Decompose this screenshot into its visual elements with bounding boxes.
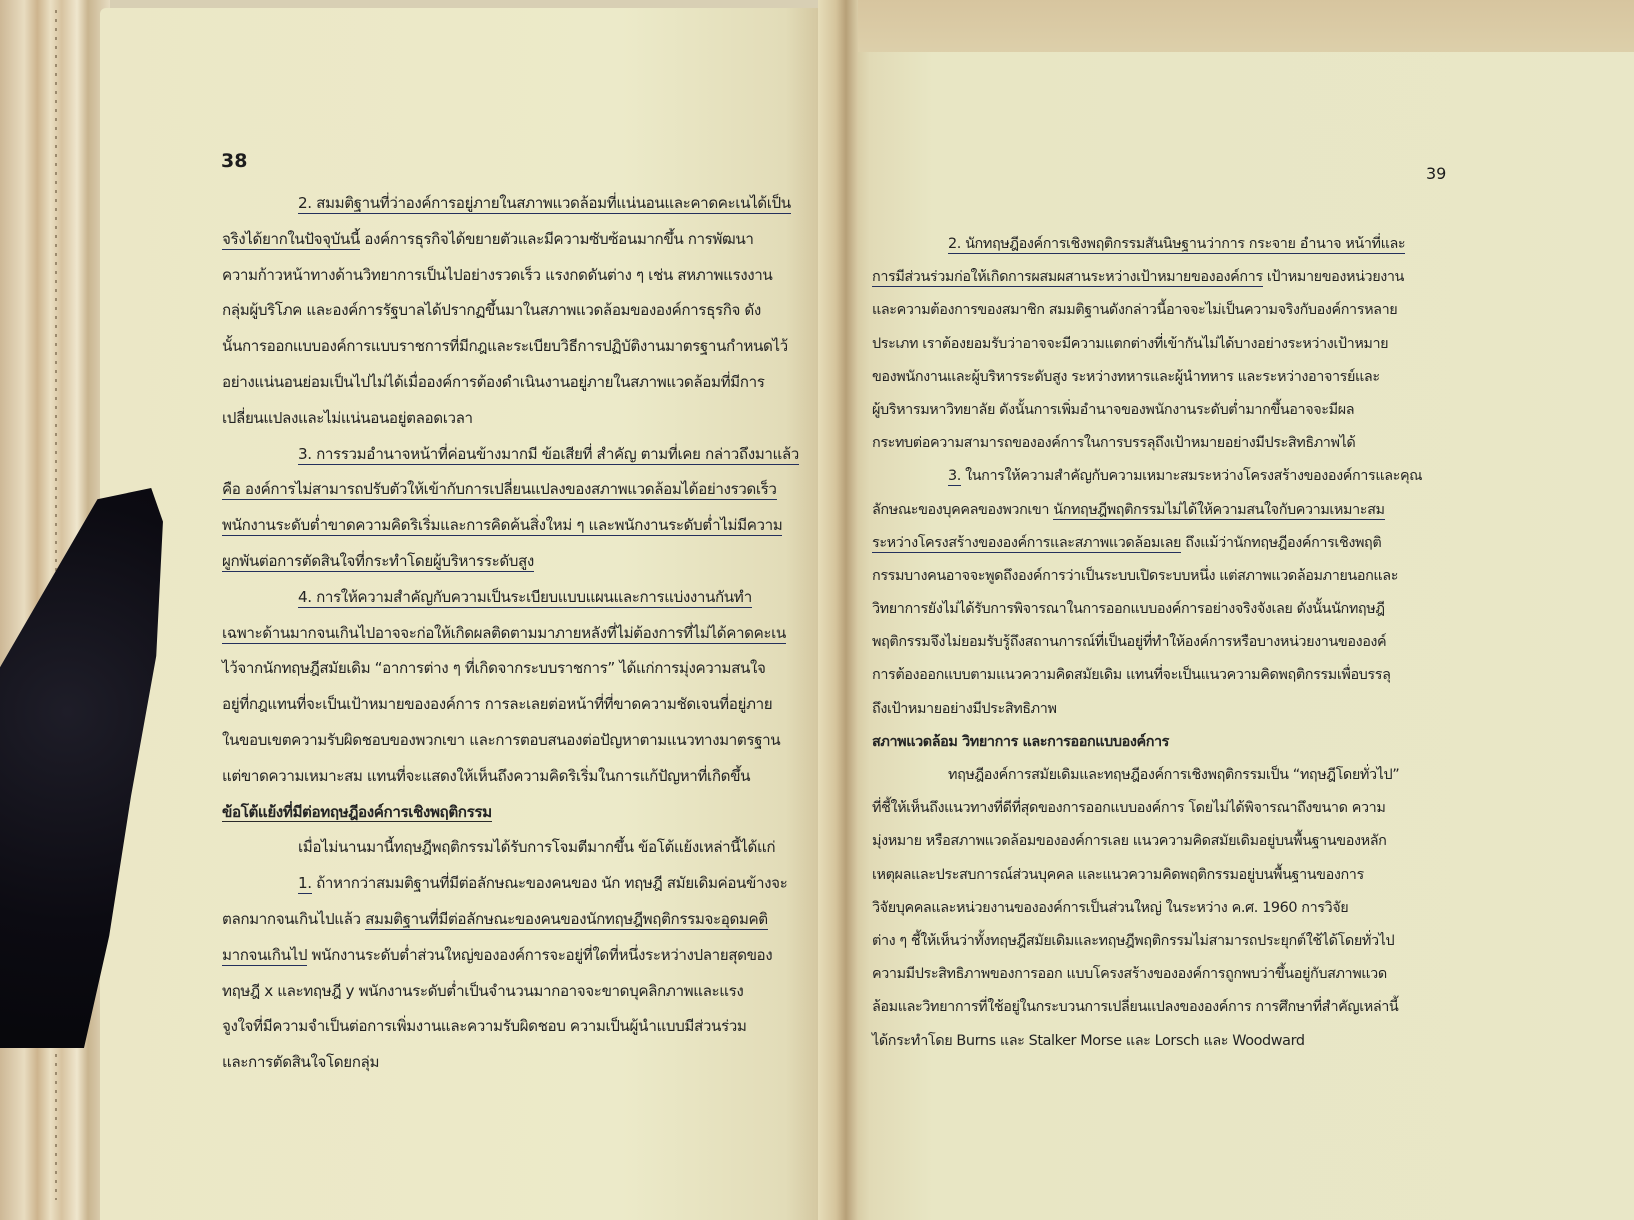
- body-text: องค์การธุรกิจได้ขยายตัวและมีความซับซ้อนม…: [360, 230, 754, 248]
- body-text: ประเภท เราต้องยอมรับว่าอาจจะมีความแตกต่า…: [872, 336, 1388, 352]
- text-line: และการตัดสินใจโดยกลุ่ม: [222, 1045, 818, 1081]
- body-text: แต่ขาดความเหมาะสม แทนที่จะแสดงให้เห็นถึง…: [222, 767, 750, 785]
- page-number-left: 38: [221, 150, 247, 172]
- text-line: 4. การให้ความสำคัญกับความเป็นระเบียบแบบแ…: [222, 580, 818, 616]
- body-text: การต้องออกแบบตามแนวความคิดสมัยเดิม แทนที…: [872, 667, 1391, 683]
- underlined-text: นักทฤษฎีพฤติกรรมไม่ได้ให้ความสนใจกับความ…: [1053, 502, 1384, 520]
- right-page-top-shadow: [838, 0, 1634, 55]
- body-text: และความต้องการของสมาชิก สมมติฐานดังกล่าว…: [872, 302, 1397, 318]
- text-line: เปลี่ยนแปลงและไม่แน่นอนอยู่ตลอดเวลา: [222, 401, 818, 437]
- body-text: นั้นการออกแบบองค์การแบบราชการที่มีกฎและร…: [222, 337, 788, 355]
- text-line: ต่าง ๆ ชี้ให้เห็นว่าทั้งทฤษฎีสมัยเดิมและ…: [872, 925, 1468, 958]
- body-text: พนักงานระดับต่ำส่วนใหญ่ขององค์การจะอยู่ท…: [307, 946, 772, 964]
- text-line: ความก้าวหน้าทางด้านวิทยาการเป็นไปอย่างรว…: [222, 258, 818, 294]
- body-text: ในขอบเขตความรับผิดชอบของพวกเขา และการตอบ…: [222, 731, 780, 749]
- right-page-text: 2. นักทฤษฎีองค์การเชิงพฤติกรรมสันนิษฐานว…: [872, 228, 1468, 1058]
- body-text: ลักษณะของบุคคลของพวกเขา: [872, 502, 1053, 518]
- text-line: พนักงานระดับต่ำขาดความคิดริเริ่มและการคิ…: [222, 508, 818, 544]
- text-line: เฉพาะด้านมากจนเกินไปอาจจะก่อให้เกิดผลติด…: [222, 616, 818, 652]
- body-text: ของพนักงานและผู้บริหารระดับสูง ระหว่างทห…: [872, 369, 1380, 385]
- underlined-text: สมมติฐานที่มีต่อลักษณะของคนของนักทฤษฎีพฤ…: [365, 910, 768, 930]
- book-spread: 38 39 2. สมมติฐานที่ว่าองค์การอยู่ภายในส…: [0, 0, 1634, 1220]
- body-text: ล้อมและวิทยาการที่ใช้อยู่ในกระบวนการเปลี…: [872, 999, 1398, 1015]
- underlined-text: เฉพาะด้านมากจนเกินไปอาจจะก่อให้เกิดผลติด…: [222, 624, 786, 644]
- text-line: กระทบต่อความสามารถขององค์การในการบรรลุถึ…: [872, 427, 1468, 460]
- book-gutter: [818, 0, 858, 1220]
- text-line: พฤติกรรมจึงไม่ยอมรับรู้ถึงสถานการณ์ที่เป…: [872, 626, 1468, 659]
- underlined-text: 2. สมมติฐานที่ว่าองค์การอยู่ภายในสภาพแวด…: [298, 194, 791, 214]
- text-line: มุ่งหมาย หรือสภาพแวดล้อมขององค์การเลย แน…: [872, 825, 1468, 858]
- text-line: ในขอบเขตความรับผิดชอบของพวกเขา และการตอบ…: [222, 723, 818, 759]
- underlined-text: 4. การให้ความสำคัญกับความเป็นระเบียบแบบแ…: [298, 588, 752, 608]
- text-line: จูงใจที่มีความจำเป็นต่อการเพิ่มงานและควา…: [222, 1009, 818, 1045]
- text-line: ไว้จากนักทฤษฎีสมัยเดิม “อาการต่าง ๆ ที่เ…: [222, 651, 818, 687]
- body-text: อย่างแน่นอนย่อมเป็นไปไม่ได้เมื่อองค์การต…: [222, 373, 764, 391]
- text-line: นั้นการออกแบบองค์การแบบราชการที่มีกฎและร…: [222, 329, 818, 365]
- text-line: ได้กระทำโดย Burns และ Stalker Morse และ …: [872, 1025, 1468, 1058]
- body-text: อยู่ที่กฎแทนที่จะเป็นเป้าหมายขององค์การ …: [222, 695, 772, 713]
- body-text: ไว้จากนักทฤษฎีสมัยเดิม “อาการต่าง ๆ ที่เ…: [222, 659, 766, 677]
- text-line: ถึงเป้าหมายอย่างมีประสิทธิภาพ: [872, 693, 1468, 726]
- body-text: ความก้าวหน้าทางด้านวิทยาการเป็นไปอย่างรว…: [222, 266, 772, 284]
- body-text: กรรมบางคนอาจจะพูดถึงองค์การว่าเป็นระบบเป…: [872, 568, 1398, 584]
- text-line: เมื่อไม่นานมานี้ทฤษฎีพฤติกรรมได้รับการโจ…: [222, 830, 818, 866]
- underlined-text: จริงได้ยากในปัจจุบันนี้: [222, 230, 360, 250]
- body-text: เป้าหมายของหน่วยงาน: [1263, 269, 1404, 285]
- page-number-right: 39: [1426, 164, 1446, 183]
- text-line: วิจัยบุคคลและหน่วยงานขององค์การเป็นส่วนใ…: [872, 892, 1468, 925]
- underlined-text: 3.: [948, 468, 961, 486]
- body-text: วิจัยบุคคลและหน่วยงานขององค์การเป็นส่วนใ…: [872, 900, 1348, 916]
- text-line: กลุ่มผู้บริโภค และองค์การรัฐบาลได้ปรากฏข…: [222, 293, 818, 329]
- text-line: และความต้องการของสมาชิก สมมติฐานดังกล่าว…: [872, 294, 1468, 327]
- underlined-text: 3. การรวมอำนาจหน้าที่ค่อนข้างมากมี ข้อเส…: [298, 445, 799, 465]
- text-line: ประเภท เราต้องยอมรับว่าอาจจะมีความแตกต่า…: [872, 328, 1468, 361]
- body-text: วิทยาการยังไม่ได้รับการพิจารณาในการออกแบ…: [872, 601, 1385, 617]
- body-text: จูงใจที่มีความจำเป็นต่อการเพิ่มงานและควา…: [222, 1017, 746, 1035]
- text-line: ตลกมากจนเกินไปแล้ว สมมติฐานที่มีต่อลักษณ…: [222, 902, 818, 938]
- text-line: การมีส่วนร่วมก่อให้เกิดการผสมผสานระหว่าง…: [872, 261, 1468, 294]
- text-line: อย่างแน่นอนย่อมเป็นไปไม่ได้เมื่อองค์การต…: [222, 365, 818, 401]
- body-text: ต่าง ๆ ชี้ให้เห็นว่าทั้งทฤษฎีสมัยเดิมและ…: [872, 933, 1394, 949]
- body-text: มุ่งหมาย หรือสภาพแวดล้อมขององค์การเลย แน…: [872, 833, 1386, 849]
- text-line: ผูกพันต่อการตัดสินใจที่กระทำโดยผู้บริหาร…: [222, 544, 818, 580]
- body-text: ถึงแม้ว่านักทฤษฎีองค์การเชิงพฤติ: [1181, 535, 1381, 551]
- body-text: ที่ชี้ให้เห็นถึงแนวทางที่ดีที่สุดของการอ…: [872, 800, 1385, 816]
- text-line: มากจนเกินไป พนักงานระดับต่ำส่วนใหญ่ขององ…: [222, 938, 818, 974]
- body-text: ถ้าหากว่าสมมติฐานที่มีต่อลักษณะของคนของ …: [312, 874, 788, 892]
- section-heading: สภาพแวดล้อม วิทยาการ และการออกแบบองค์การ: [872, 734, 1169, 750]
- body-text: ได้กระทำโดย Burns และ Stalker Morse และ …: [872, 1033, 1305, 1049]
- text-line: กรรมบางคนอาจจะพูดถึงองค์การว่าเป็นระบบเป…: [872, 560, 1468, 593]
- left-page-text: 2. สมมติฐานที่ว่าองค์การอยู่ภายในสภาพแวด…: [222, 186, 818, 1081]
- body-text: ในการให้ความสำคัญกับความเหมาะสมระหว่างโค…: [961, 468, 1422, 484]
- body-text: ทฤษฎี x และทฤษฎี y พนักงานระดับต่ำเป็นจำ…: [222, 982, 743, 1000]
- body-text: ผู้บริหารมหาวิทยาลัย ดังนั้นการเพิ่มอำนา…: [872, 402, 1354, 418]
- underlined-text: คือ องค์การไม่สามารถปรับตัวให้เข้ากับการ…: [222, 480, 777, 500]
- body-text: กระทบต่อความสามารถขององค์การในการบรรลุถึ…: [872, 435, 1355, 451]
- text-line: 3. การรวมอำนาจหน้าที่ค่อนข้างมากมี ข้อเส…: [222, 437, 818, 473]
- underlined-text: 2. นักทฤษฎีองค์การเชิงพฤติกรรมสันนิษฐานว…: [948, 236, 1405, 254]
- text-line: 2. สมมติฐานที่ว่าองค์การอยู่ภายในสภาพแวด…: [222, 186, 818, 222]
- text-line: ทฤษฎี x และทฤษฎี y พนักงานระดับต่ำเป็นจำ…: [222, 974, 818, 1010]
- text-line: จริงได้ยากในปัจจุบันนี้ องค์การธุรกิจได้…: [222, 222, 818, 258]
- text-line: เหตุผลและประสบการณ์ส่วนบุคคล และแนวความค…: [872, 859, 1468, 892]
- underlined-text: มากจนเกินไป: [222, 946, 307, 966]
- underlined-text: การมีส่วนร่วมก่อให้เกิดการผสมผสานระหว่าง…: [872, 269, 1263, 287]
- text-line: 1. ถ้าหากว่าสมมติฐานที่มีต่อลักษณะของคนข…: [222, 866, 818, 902]
- text-line: อยู่ที่กฎแทนที่จะเป็นเป้าหมายขององค์การ …: [222, 687, 818, 723]
- body-text: กลุ่มผู้บริโภค และองค์การรัฐบาลได้ปรากฏข…: [222, 301, 761, 319]
- text-line: วิทยาการยังไม่ได้รับการพิจารณาในการออกแบ…: [872, 593, 1468, 626]
- section-heading: ข้อโต้แย้งที่มีต่อทฤษฎีองค์การเชิงพฤติกร…: [222, 803, 492, 822]
- text-line: ทฤษฎีองค์การสมัยเดิมและทฤษฎีองค์การเชิงพ…: [872, 759, 1468, 792]
- underlined-text: ระหว่างโครงสร้างขององค์การและสภาพแวดล้อม…: [872, 535, 1181, 553]
- text-line: ล้อมและวิทยาการที่ใช้อยู่ในกระบวนการเปลี…: [872, 991, 1468, 1024]
- body-text: และการตัดสินใจโดยกลุ่ม: [222, 1053, 379, 1071]
- body-text: ตลกมากจนเกินไปแล้ว: [222, 910, 365, 928]
- underlined-text: 1.: [298, 874, 312, 894]
- text-line: ข้อโต้แย้งที่มีต่อทฤษฎีองค์การเชิงพฤติกร…: [222, 795, 818, 831]
- text-line: การต้องออกแบบตามแนวความคิดสมัยเดิม แทนที…: [872, 659, 1468, 692]
- text-line: สภาพแวดล้อม วิทยาการ และการออกแบบองค์การ: [872, 726, 1468, 759]
- text-line: ระหว่างโครงสร้างขององค์การและสภาพแวดล้อม…: [872, 527, 1468, 560]
- body-text: เปลี่ยนแปลงและไม่แน่นอนอยู่ตลอดเวลา: [222, 409, 473, 427]
- body-text: เมื่อไม่นานมานี้ทฤษฎีพฤติกรรมได้รับการโจ…: [298, 838, 775, 856]
- text-line: ของพนักงานและผู้บริหารระดับสูง ระหว่างทห…: [872, 361, 1468, 394]
- text-line: 2. นักทฤษฎีองค์การเชิงพฤติกรรมสันนิษฐานว…: [872, 228, 1468, 261]
- underlined-text: พนักงานระดับต่ำขาดความคิดริเริ่มและการคิ…: [222, 516, 782, 536]
- text-line: แต่ขาดความเหมาะสม แทนที่จะแสดงให้เห็นถึง…: [222, 759, 818, 795]
- body-text: พฤติกรรมจึงไม่ยอมรับรู้ถึงสถานการณ์ที่เป…: [872, 634, 1386, 650]
- text-line: ลักษณะของบุคคลของพวกเขา นักทฤษฎีพฤติกรรม…: [872, 494, 1468, 527]
- text-line: ที่ชี้ให้เห็นถึงแนวทางที่ดีที่สุดของการอ…: [872, 792, 1468, 825]
- underlined-text: ผูกพันต่อการตัดสินใจที่กระทำโดยผู้บริหาร…: [222, 552, 534, 572]
- text-line: คือ องค์การไม่สามารถปรับตัวให้เข้ากับการ…: [222, 472, 818, 508]
- body-text: ถึงเป้าหมายอย่างมีประสิทธิภาพ: [872, 701, 1057, 717]
- text-line: 3. ในการให้ความสำคัญกับความเหมาะสมระหว่า…: [872, 460, 1468, 493]
- body-text: เหตุผลและประสบการณ์ส่วนบุคคล และแนวความค…: [872, 867, 1364, 883]
- body-text: ความมีประสิทธิภาพของการออก แบบโครงสร้างข…: [872, 966, 1387, 982]
- text-line: ผู้บริหารมหาวิทยาลัย ดังนั้นการเพิ่มอำนา…: [872, 394, 1468, 427]
- body-text: ทฤษฎีองค์การสมัยเดิมและทฤษฎีองค์การเชิงพ…: [948, 767, 1399, 783]
- text-line: ความมีประสิทธิภาพของการออก แบบโครงสร้างข…: [872, 958, 1468, 991]
